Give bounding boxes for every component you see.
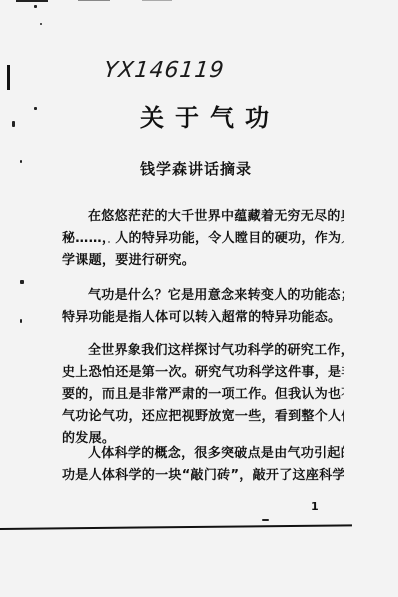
text-line: 功是人体科学的一块“敲门砖”，敲开了这座科学殿堂 (62, 465, 344, 487)
scan-speck (12, 121, 15, 127)
library-call-number: YX146119 (103, 58, 226, 83)
scan-speck (34, 107, 37, 110)
paragraph-3: 全世界象我们这样探讨气功科学的研究工作，在历 史上恐怕还是第一次。研究气功科学这… (62, 340, 344, 450)
text-line: 人体科学的概念，很多突破点是由气功引起的。气 (62, 443, 344, 465)
text-line: 学课题，要进行研究。 (62, 250, 344, 272)
margin-mark (7, 65, 10, 90)
scan-speck (40, 23, 42, 25)
scan-artifact (142, 0, 172, 1)
scan-speck (20, 319, 22, 323)
scan-artifact (16, 0, 48, 2)
document-title: 关于气功 (140, 98, 280, 133)
scan-speck (34, 5, 37, 8)
text-line: 史上恐怕还是第一次。研究气功科学这件事，是非常重 (62, 362, 344, 384)
document-subtitle: 钱学森讲话摘录 (140, 158, 252, 179)
page-bottom-rule (0, 524, 352, 530)
scan-speck (20, 160, 22, 163)
scan-artifact (78, 0, 110, 1)
text-line: 气功论气功，还应把视野放宽一些，看到整个人体科学 (62, 406, 344, 428)
text-line: 气功是什么？它是用意念来转变人的功能态；人体 (62, 285, 344, 307)
scanned-page: YX146119 关于气功 钱学森讲话摘录 在悠悠茫茫的大千世界中蕴藏着无穷无尽… (0, 0, 398, 597)
paragraph-1: 在悠悠茫茫的大千世界中蕴藏着无穷无尽的奥 秘……，人的特异功能，令人瞠目的硬功，… (62, 206, 344, 272)
text-line: 要的，而且是非常严肃的一项工作。但我认为也不能就 (62, 384, 344, 406)
scan-speck (20, 280, 24, 284)
text-line: 全世界象我们这样探讨气功科学的研究工作，在历 (62, 340, 344, 362)
text-line: 特异功能是指人体可以转入超常的特异功能态。 (62, 307, 344, 329)
paragraph-4: 人体科学的概念，很多突破点是由气功引起的。气 功是人体科学的一块“敲门砖”，敲开… (62, 443, 344, 487)
scan-speck (262, 519, 269, 521)
text-line: 秘……，人的特异功能，令人瞠目的硬功，作为人体科 (62, 228, 344, 250)
text-line: 在悠悠茫茫的大千世界中蕴藏着无穷无尽的奥 (62, 206, 344, 228)
page-number: 1 (311, 500, 319, 513)
paragraph-2: 气功是什么？它是用意念来转变人的功能态；人体 特异功能是指人体可以转入超常的特异… (62, 285, 344, 329)
